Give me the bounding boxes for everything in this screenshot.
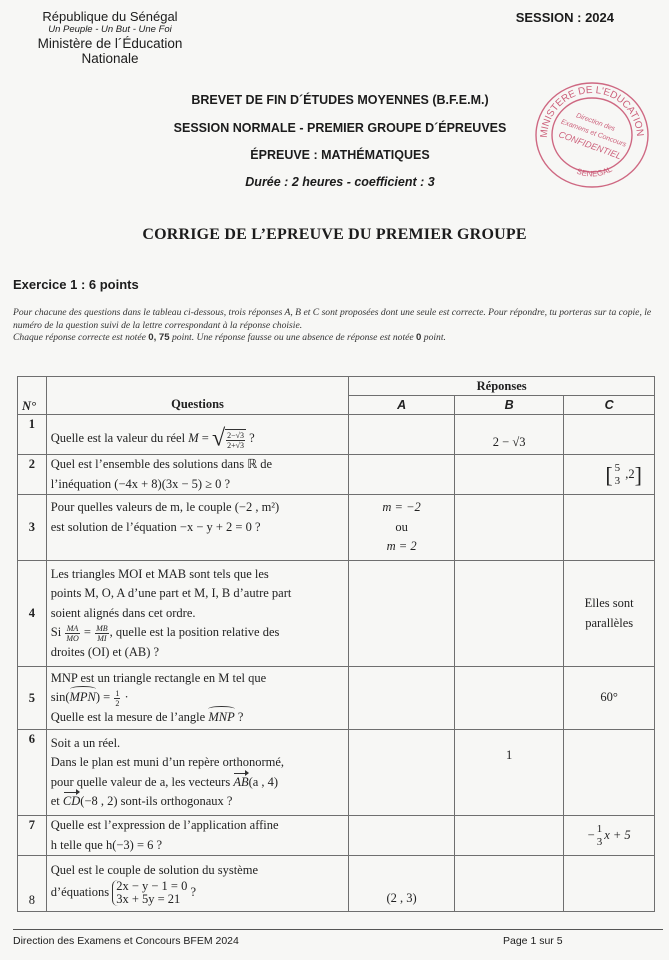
footer-page-number: Page 1 sur 5 — [503, 935, 563, 947]
header-left-block: République du Sénégal Un Peuple - Un But… — [20, 10, 200, 67]
header-number: N° — [18, 377, 47, 415]
exercise-instructions: Pour chacune des questions dans le table… — [13, 307, 658, 345]
answer-6-a — [349, 730, 455, 816]
answer-4-c: Elles sont parallèles — [564, 561, 655, 667]
answer-6-c — [564, 730, 655, 816]
table-row: 5 MNP est un triangle rectangle en M tel… — [18, 667, 655, 730]
answer-2-b — [454, 455, 563, 495]
table-row: 4 Les triangles MOI et MAB sont tels que… — [18, 561, 655, 667]
document-title: CORRIGE DE L’EPREUVE DU PREMIER GROUPE — [0, 226, 669, 244]
question-5: MNP est un triangle rectangle en M tel q… — [46, 667, 349, 730]
answer-4-a — [349, 561, 455, 667]
official-stamp-icon: MINISTERE DE L'EDUCATION NATIONALE SENEG… — [533, 80, 651, 190]
question-6: Soit a un réel. Dans le plan est muni d’… — [46, 730, 349, 816]
svg-text:SENEGAL: SENEGAL — [575, 164, 614, 178]
question-number: 2 — [18, 455, 47, 495]
question-number: 1 — [18, 415, 47, 455]
answer-5-c: 60° — [564, 667, 655, 730]
table-row: 3 Pour quelles valeurs de m, le couple (… — [18, 495, 655, 561]
stamp-bottom-text: SENEGAL — [575, 164, 614, 178]
answer-2-c: [53 ,2] — [564, 455, 655, 495]
exercise-title: Exercice 1 : 6 points — [13, 277, 139, 292]
answer-1-c — [564, 415, 655, 455]
answer-8-c — [564, 856, 655, 912]
answer-4-b — [454, 561, 563, 667]
answer-8-b — [454, 856, 563, 912]
question-4: Les triangles MOI et MAB sont tels que l… — [46, 561, 349, 667]
answer-3-b — [454, 495, 563, 561]
footer-divider — [13, 929, 663, 930]
header-questions: Questions — [46, 377, 349, 415]
header-a: A — [349, 396, 455, 415]
duration-line: Durée : 2 heures - coefficient : 3 — [100, 175, 580, 189]
footer-left: Direction des Examens et Concours BFEM 2… — [13, 935, 239, 947]
table-row: 6 Soit a un réel. Dans le plan est muni … — [18, 730, 655, 816]
answer-6-b: 1 — [454, 730, 563, 816]
header-b: B — [454, 396, 563, 415]
question-7: Quelle est l’expression de l’application… — [46, 816, 349, 856]
question-number: 4 — [18, 561, 47, 667]
national-motto: Un Peuple - Un But - Une Foi — [20, 25, 200, 36]
session-year: SESSION : 2024 — [516, 10, 614, 25]
qcm-table: N° Questions Réponses A B C 1 Quelle est… — [17, 376, 655, 912]
question-number: 5 — [18, 667, 47, 730]
session-line: SESSION NORMALE - PREMIER GROUPE D´ÉPREU… — [100, 121, 580, 135]
table-row: 8 Quel est le couple de solution du syst… — [18, 856, 655, 912]
answer-1-b: 2 − √3 — [454, 415, 563, 455]
answer-1-a — [349, 415, 455, 455]
header-reponses: Réponses — [349, 377, 655, 396]
instructions-line-2: Chaque réponse correcte est notée 0, 75 … — [13, 332, 658, 345]
answer-3-a: m = −2 ou m = 2 — [349, 495, 455, 561]
answer-2-a — [349, 455, 455, 495]
exam-title: BREVET DE FIN D´ÉTUDES MOYENNES (B.F.E.M… — [100, 93, 580, 107]
answer-8-a: (2 , 3) — [349, 856, 455, 912]
question-8: Quel est le couple de solution du systèm… — [46, 856, 349, 912]
table-row: 2 Quel est l’ensemble des solutions dans… — [18, 455, 655, 495]
answer-3-c — [564, 495, 655, 561]
ministry-name: Ministère de l´Éducation Nationale — [20, 36, 200, 67]
table-row: 7 Quelle est l’expression de l’applicati… — [18, 816, 655, 856]
question-number: 7 — [18, 816, 47, 856]
instructions-line-1: Pour chacune des questions dans le table… — [13, 307, 658, 332]
country-name: République du Sénégal — [20, 10, 200, 25]
question-number: 8 — [18, 856, 47, 912]
answer-5-a — [349, 667, 455, 730]
answer-7-c: −13x + 5 — [564, 816, 655, 856]
table-row: 1 Quelle est la valeur du réel M = √2−√3… — [18, 415, 655, 455]
question-2: Quel est l’ensemble des solutions dans ℝ… — [46, 455, 349, 495]
question-3: Pour quelles valeurs de m, le couple (−2… — [46, 495, 349, 561]
question-number: 6 — [18, 730, 47, 816]
answer-5-b — [454, 667, 563, 730]
header-c: C — [564, 396, 655, 415]
question-number: 3 — [18, 495, 47, 561]
answer-7-a — [349, 816, 455, 856]
subject-line: ÉPREUVE : MATHÉMATIQUES — [100, 148, 580, 162]
question-1: Quelle est la valeur du réel M = √2−√32+… — [46, 415, 349, 455]
answer-7-b — [454, 816, 563, 856]
